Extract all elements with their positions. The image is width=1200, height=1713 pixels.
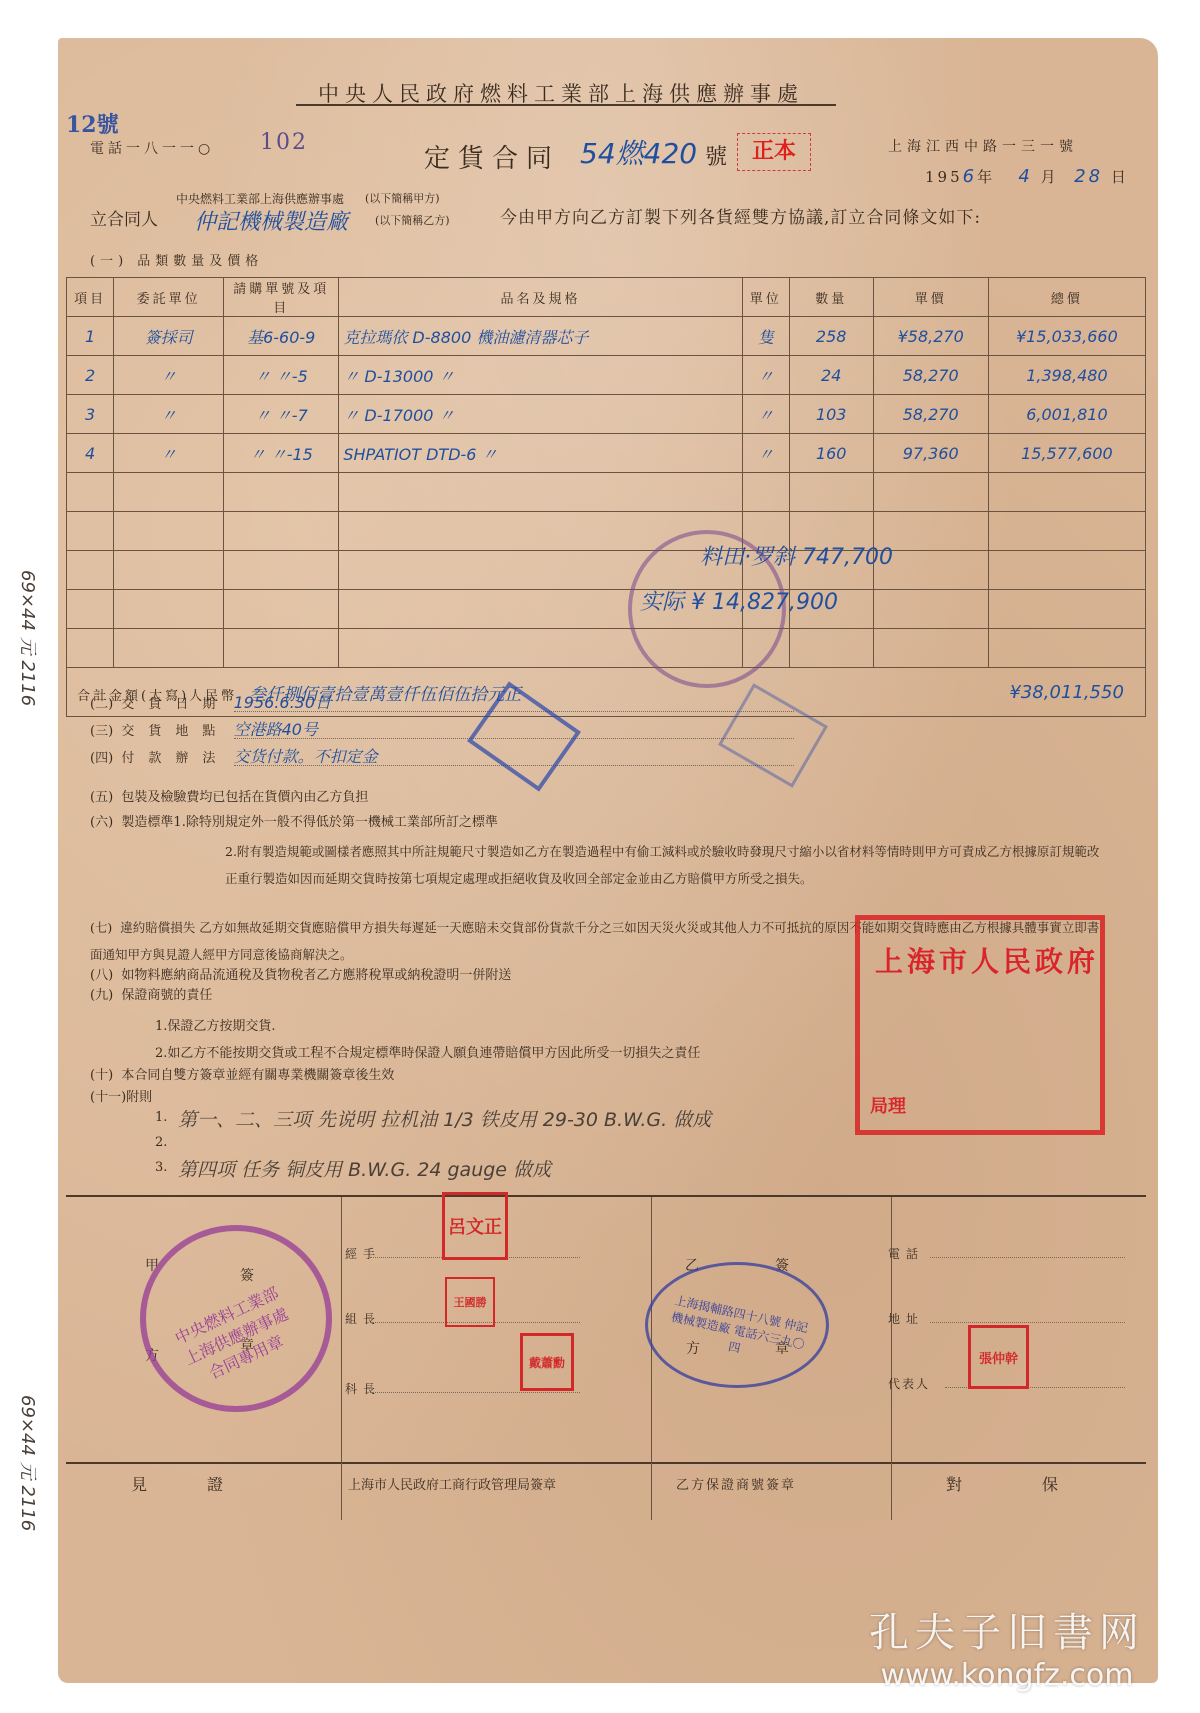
term-no: (三)	[90, 724, 113, 739]
row-unit-org: 〃	[161, 445, 177, 464]
contact-label: 地址	[888, 1310, 924, 1327]
row-item-name: 〃 D-17000 〃	[343, 406, 454, 425]
table-annotation-1: 料田·罗斜 747,700	[700, 540, 893, 571]
term-no: (七)	[90, 920, 112, 935]
party-b-note: (以下簡稱乙方)	[375, 212, 450, 228]
contact-phone-line	[930, 1257, 1125, 1258]
party-b-name: 仲記機械製造廠	[194, 205, 348, 236]
appendix-item-1: 第一、二、三项 先说明 拉机油 1/3 铁皮用 29-30 B.W.G. 做成	[178, 1105, 711, 1132]
contract-number: 54燃420	[580, 132, 697, 172]
term-no: (十一)	[90, 1090, 126, 1105]
government-seal-text: 上海市人民政府	[875, 940, 1099, 980]
term-no: (五)	[90, 790, 113, 805]
appendix-item-3: 第四项 任务 铜皮用 B.W.G. 24 gauge 做成	[178, 1155, 551, 1182]
table-row-empty	[67, 590, 1146, 629]
party-a-seal-text: 中央燃料工業部上海供應辦事處 合同專用章	[167, 1279, 305, 1392]
official-line	[370, 1392, 580, 1393]
table-annotation-2: 实际 ¥ 14,827,900	[640, 585, 838, 616]
term-tax: (八) 如物料應納商品流通稅及貨物稅者乙方應將稅單或納稅證明一併附送	[90, 968, 511, 984]
original-copy-badge: 正本	[737, 133, 811, 171]
total-amount: ¥38,011,550	[1009, 682, 1124, 703]
col-header: 項目	[67, 278, 114, 317]
table-row-empty	[67, 551, 1146, 590]
col-header: 單位	[742, 278, 789, 317]
row-no: 1	[85, 327, 95, 346]
phone-stamp-number: 102	[260, 130, 308, 155]
row-price: 97,360	[903, 444, 959, 463]
row-request: 基6-60-9	[247, 328, 315, 347]
representative-seal: 張仲幹	[968, 1325, 1029, 1389]
document-title: 定貨合同	[424, 138, 560, 175]
term-text: 本合同自雙方簽章並經有關專業機關簽章後生效	[121, 1068, 394, 1083]
guarantee-label: 對保	[946, 1472, 1138, 1495]
col-header: 數量	[789, 278, 873, 317]
row-item-name: 克拉瑪依 D-8800 機油濾清器芯子	[343, 328, 588, 347]
row-item-name: SHPATIOT DTD-6 〃	[343, 445, 497, 464]
col-header: 委託單位	[114, 278, 224, 317]
row-unit: 隻	[758, 328, 774, 347]
official-label: 科長	[345, 1380, 381, 1397]
term-manufacturing-standard: (六) 製造標準1.除特別規定外一般不得低於第一機械工業部所訂之標準	[90, 815, 498, 831]
office-address: 上海江西中路一三一號	[888, 136, 1078, 156]
row-no: 2	[85, 366, 95, 385]
term-packaging: (五) 包裝及檢驗費均已包括在貨價內由乙方負担	[90, 790, 368, 806]
title-divider	[296, 104, 836, 106]
party-a-contract-seal: 中央燃料工業部上海供應辦事處 合同專用章	[140, 1225, 332, 1412]
row-unit: 〃	[758, 406, 774, 425]
term-label: 交貨日期	[121, 697, 229, 712]
term-guarantor-item-1: 1.保證乙方按期交貨.	[155, 1015, 276, 1034]
row-request: 〃 〃-5	[255, 367, 308, 386]
row-unit-org: 〃	[161, 367, 177, 386]
row-unit-org: 〃	[161, 406, 177, 425]
contact-label: 電話	[888, 1245, 924, 1262]
contact-address-line	[930, 1322, 1125, 1323]
witness-row: 見證 上海市人民政府工商行政管理局簽章 乙方保證商號簽章 對保	[66, 1462, 1146, 1522]
term-text: 包裝及檢驗費均已包括在貨價內由乙方負担	[121, 790, 368, 805]
term-delivery-place: (三) 交貨地點 空港路40号	[90, 722, 794, 740]
appendix-num-3: 3.	[155, 1160, 167, 1175]
table-row: 4 〃 〃 〃-15 SHPATIOT DTD-6 〃 〃 160 97,360…	[67, 434, 1146, 473]
row-qty: 160	[816, 444, 847, 463]
government-seal-sub: 局理	[870, 1092, 906, 1118]
parties-label: 立合同人	[90, 205, 158, 230]
row-total: 15,577,600	[1021, 444, 1113, 463]
appendix-num-2: 2.	[155, 1135, 167, 1150]
date-month: 4	[1018, 166, 1032, 187]
watermark-url: www.kongfz.com	[869, 1658, 1145, 1693]
term-text: 如物料應納商品流通稅及貨物稅者乙方應將稅單或納稅證明一併附送	[121, 968, 511, 983]
term-guarantor-item-2: 2.如乙方不能按期交貨或工程不合規定標準時保證人願負連帶賠償甲方因此所受一切損失…	[155, 1042, 700, 1061]
term-payment: (四) 付款辦法 交货付款。不扣定金	[90, 749, 794, 767]
site-watermark: 孔夫子旧書网 www.kongfz.com	[869, 1601, 1145, 1693]
row-total: 1,398,480	[1026, 366, 1107, 385]
margin-note: 69×44 元 2116	[16, 570, 42, 706]
term-appendix: (十一)附則	[90, 1090, 152, 1106]
term-no: (八)	[90, 968, 113, 983]
table-row-empty	[67, 629, 1146, 668]
section-1-title: (一) 品類數量及價格	[90, 250, 263, 269]
row-no: 4	[85, 444, 95, 463]
row-qty: 258	[816, 327, 847, 346]
date-day: 28	[1074, 166, 1103, 187]
contact-label: 代表人	[888, 1375, 930, 1392]
government-red-seal: 上海市人民政府 局理	[855, 915, 1105, 1135]
official-seal: 王國勝	[445, 1277, 495, 1327]
contract-date: 1956年 4 月 28 日	[925, 166, 1129, 187]
date-year-prefix: 195	[925, 168, 963, 186]
party-b-company-seal: 上海揭輔路四十八號 仲記機械製造廠 電話六三九〇四	[645, 1262, 829, 1388]
row-item-name: 〃 D-13000 〃	[343, 367, 454, 386]
row-unit-org: 簽採司	[145, 328, 193, 347]
date-day-label: 日	[1111, 168, 1129, 186]
term-text: 製造標準1.除特別規定外一般不得低於第一機械工業部所訂之標準	[121, 815, 497, 830]
row-unit: 〃	[758, 445, 774, 464]
row-total: ¥15,033,660	[1016, 327, 1118, 346]
witness-label: 見證	[131, 1472, 283, 1495]
preamble: 今由甲方向乙方訂製下列各貨經雙方協議,訂立合同條文如下:	[500, 203, 981, 228]
table-row: 3 〃 〃 〃-7 〃 D-17000 〃 〃 103 58,270 6,001…	[67, 395, 1146, 434]
row-unit: 〃	[758, 367, 774, 386]
items-table: 項目 委託單位 請購單號及項目 品名及規格 單位 數量 單價 總價 1 簽採司 …	[66, 277, 1146, 717]
guarantor-label: 乙方保證商號簽章	[676, 1474, 796, 1493]
term-no: (六)	[90, 815, 113, 830]
row-no: 3	[85, 405, 95, 424]
official-seal: 呂文正	[442, 1192, 508, 1260]
col-header: 品名及規格	[339, 278, 742, 317]
official-seal: 戴蕭勳	[520, 1333, 574, 1391]
party-b-seal-text: 上海揭輔路四十八號 仲記機械製造廠 電話六三九〇四	[664, 1291, 812, 1370]
term-no: (四)	[90, 751, 113, 766]
phone-label: 電話一八一一○	[90, 138, 214, 158]
table-row-empty	[67, 512, 1146, 551]
authority-label: 上海市人民政府工商行政管理局簽章	[348, 1474, 556, 1493]
official-label: 經手	[345, 1245, 381, 1262]
reference-number: 12號	[66, 108, 119, 139]
table-row: 2 〃 〃 〃-5 〃 D-13000 〃 〃 24 58,270 1,398,…	[67, 356, 1146, 395]
col-header: 單價	[873, 278, 988, 317]
term-text: 附則	[126, 1090, 152, 1105]
appendix-num-1: 1.	[155, 1110, 167, 1125]
date-month-label: 月	[1041, 168, 1059, 186]
term-text: 保證商號的責任	[121, 988, 212, 1003]
official-label: 組長	[345, 1310, 381, 1327]
col-header: 總價	[988, 278, 1145, 317]
table-header-row: 項目 委託單位 請購單號及項目 品名及規格 單位 數量 單價 總價	[67, 278, 1146, 317]
term-no: (十)	[90, 1068, 113, 1083]
margin-note: 69×44 元 2116	[16, 1395, 42, 1531]
row-qty: 24	[821, 366, 841, 385]
row-price: 58,270	[903, 405, 959, 424]
date-year-hand: 6	[963, 166, 977, 187]
row-price: ¥58,270	[898, 327, 964, 346]
term-no: (二)	[90, 697, 113, 712]
row-request: 〃 〃-7	[255, 406, 308, 425]
row-qty: 103	[816, 405, 847, 424]
table-row: 1 簽採司 基6-60-9 克拉瑪依 D-8800 機油濾清器芯子 隻 258 …	[67, 317, 1146, 356]
term-no: (九)	[90, 988, 113, 1003]
party-a-note: (以下簡稱甲方)	[365, 190, 440, 206]
term-label: 交貨地點	[121, 724, 229, 739]
term-delivery-date: (二) 交貨日期 1956.6.30日	[90, 695, 794, 713]
col-header: 請購單號及項目	[224, 278, 339, 317]
date-year-label: 年	[977, 168, 995, 186]
term-effective: (十) 本合同自雙方簽章並經有關專業機關簽章後生效	[90, 1068, 394, 1084]
term-guarantor: (九) 保證商號的責任	[90, 988, 212, 1004]
table-row-empty	[67, 473, 1146, 512]
number-suffix: 號	[705, 140, 727, 171]
row-total: 6,001,810	[1026, 405, 1107, 424]
term-manufacturing-sub: 2.附有製造規範或圖樣者應照其中所註規範尺寸製造如乙方在製造過程中有偷工減料或於…	[225, 838, 1105, 892]
watermark-name: 孔夫子旧書网	[869, 1601, 1145, 1658]
row-price: 58,270	[903, 366, 959, 385]
row-request: 〃 〃-15	[250, 445, 313, 464]
term-label: 付款辦法	[121, 751, 229, 766]
